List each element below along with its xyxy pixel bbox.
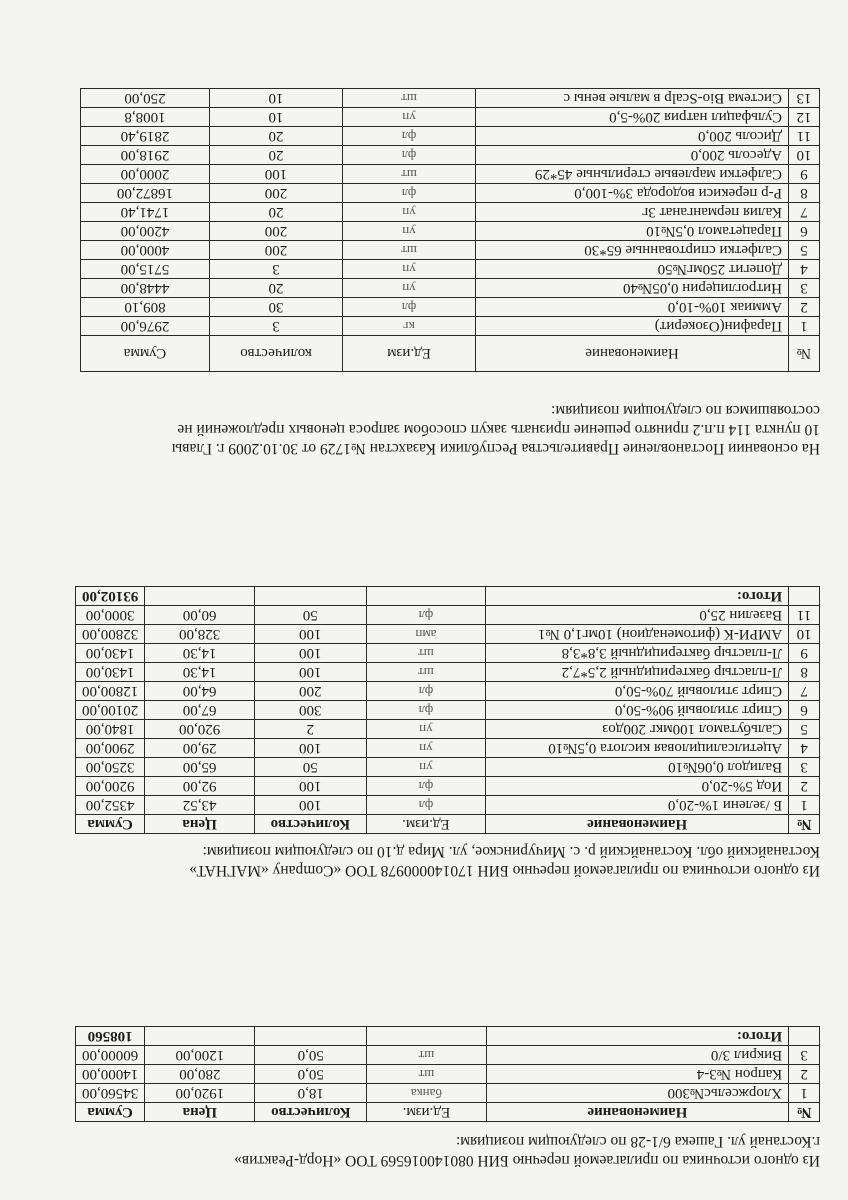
cell-sum: 2918,00 — [81, 146, 210, 165]
cell-unit: фл — [343, 298, 476, 317]
cell-number: 5 — [789, 720, 820, 739]
cell-sum: 9200,00 — [76, 777, 145, 796]
cell-name: Система Bio-Scalp в малые вены с — [476, 89, 789, 108]
cell-name: Спирт этиловый 90%-50,0 — [486, 701, 789, 720]
cell-unit: шт — [366, 663, 485, 682]
cell-number: 4 — [789, 739, 820, 758]
cell-number: 9 — [789, 165, 820, 184]
cell-unit: шт — [367, 1065, 486, 1084]
cell-number: 8 — [789, 663, 820, 682]
table-header-row: № Наименование Ед.изм. Количество Цена С… — [76, 815, 820, 834]
cell-sum: 250,00 — [81, 89, 210, 108]
cell-sum: 32800,00 — [76, 625, 145, 644]
col-number: № — [789, 336, 820, 372]
cell-name: Салфетки спиртованные 65*30 — [476, 241, 789, 260]
cell-name: Сальбутамол 100мкг 200доз — [486, 720, 789, 739]
cell-qty: 100 — [254, 739, 366, 758]
section3-intro-line3: состоявшимся по следующим позициям: — [30, 401, 820, 420]
col-number: № — [789, 1103, 820, 1122]
section1-intro: Из одного источника по прилагаемой переч… — [40, 1132, 820, 1170]
section2-table: № Наименование Ед.изм. Количество Цена С… — [75, 586, 820, 834]
cell-unit: фл — [366, 796, 485, 815]
col-price: Цена — [145, 815, 255, 834]
table-row: 2Капрон №3-4шт50,0280,0014000,00 — [76, 1065, 820, 1084]
cell-unit: уп — [366, 758, 485, 777]
cell-unit: фл — [343, 184, 476, 203]
col-name: Наименование — [486, 1103, 789, 1122]
cell-qty: 20 — [210, 203, 343, 222]
cell-number: 1 — [789, 317, 820, 336]
table-row: 13Система Bio-Scalp в малые вены сшт1025… — [81, 89, 820, 108]
cell-name: Салфетки марлевые стерильные 45*29 — [476, 165, 789, 184]
col-name: Наименование — [476, 336, 789, 372]
cell-name: Калия перманганат 3г — [476, 203, 789, 222]
cell-qty: 20 — [210, 127, 343, 146]
scanned-document-page: Из одного источника по прилагаемой переч… — [0, 0, 848, 1200]
cell-name: Иод 5%-20,0 — [486, 777, 789, 796]
cell-unit: уп — [366, 739, 485, 758]
total-value: 93102,00 — [76, 587, 145, 606]
cell-sum: 5715,00 — [81, 260, 210, 279]
cell-sum: 12800,00 — [76, 682, 145, 701]
cell-number: 13 — [789, 89, 820, 108]
cell-number: 1 — [789, 796, 820, 815]
cell-number: 11 — [789, 127, 820, 146]
cell-sum: 1741,40 — [81, 203, 210, 222]
cell-number: 1 — [789, 1084, 820, 1103]
table-row: 7Спирт этиловый 70%-50,0фл20064,0012800,… — [76, 682, 820, 701]
cell-number: 7 — [789, 203, 820, 222]
table-row: 8Л-пластыр бактерицидный 2,5*7,2шт10014,… — [76, 663, 820, 682]
col-sum: Сумма — [76, 815, 145, 834]
cell-sum: 14000,00 — [76, 1065, 145, 1084]
cell-qty: 100 — [254, 663, 366, 682]
cell-qty: 100 — [254, 796, 366, 815]
cell-price: 65,00 — [145, 758, 255, 777]
table-row: 1Хлоржсельс№300банка18,01920,0034560,00 — [76, 1084, 820, 1103]
cell-unit: шт — [367, 1046, 486, 1065]
cell-unit: уп — [343, 279, 476, 298]
cell-qty: 200 — [210, 222, 343, 241]
table-row: 3Нитроглицерин 0,05№40уп204448,00 — [81, 279, 820, 298]
table-row: 2Иод 5%-20,0фл10092,009200,00 — [76, 777, 820, 796]
cell-number: 12 — [789, 108, 820, 127]
cell-name: Допегит 250мг№50 — [476, 260, 789, 279]
cell-number: 3 — [789, 1046, 820, 1065]
cell-sum: 60000,00 — [76, 1046, 145, 1065]
col-qty: Количество — [255, 1103, 367, 1122]
section3-intro: На основании Постановление Правительства… — [30, 401, 820, 458]
section2-intro-line2: Костанайский обл. Костанайский р. с. Мич… — [30, 842, 820, 861]
cell-number: 11 — [789, 606, 820, 625]
cell-unit: фл — [366, 606, 485, 625]
cell-qty: 2 — [254, 720, 366, 739]
cell-price: 14,30 — [145, 644, 255, 663]
table-row: 5Сальбутамол 100мкг 200дозуп2920,001840,… — [76, 720, 820, 739]
cell-unit: уп — [366, 720, 485, 739]
cell-qty: 50,0 — [255, 1065, 367, 1084]
cell-number: 6 — [789, 701, 820, 720]
col-unit: Ед.изм. — [367, 1103, 486, 1122]
table-row: 9Л-пластыр бактерицидный 3,8*3,8шт10014,… — [76, 644, 820, 663]
col-number: № — [789, 815, 820, 834]
cell-qty: 100 — [210, 165, 343, 184]
section3-intro-line1: На основании Постановление Правительства… — [30, 439, 820, 458]
cell-unit: шт — [343, 241, 476, 260]
cell-unit: уп — [343, 108, 476, 127]
col-name: Наименование — [486, 815, 789, 834]
table-row: 10Адесоль 200,0фл202918,00 — [81, 146, 820, 165]
cell-number: 2 — [789, 777, 820, 796]
cell-unit: амп — [366, 625, 485, 644]
cell-price: 67,00 — [145, 701, 255, 720]
cell-qty: 50,0 — [255, 1046, 367, 1065]
cell-price: 60,00 — [145, 606, 255, 625]
cell-qty: 100 — [254, 625, 366, 644]
cell-unit: шт — [366, 644, 485, 663]
col-unit: Ед.изм. — [366, 815, 485, 834]
cell-qty: 50 — [254, 758, 366, 777]
cell-unit: уп — [343, 203, 476, 222]
section3-table: № Наименование Ед.изм количество Сумма 1… — [80, 88, 820, 372]
cell-sum: 4448,00 — [81, 279, 210, 298]
table-row: 5Салфетки спиртованные 65*30шт2004000,00 — [81, 241, 820, 260]
cell-name: Р-р перекиси водорода 3%-100,0 — [476, 184, 789, 203]
section2-intro-line1: Из одного источника по прилагаемой переч… — [30, 861, 820, 880]
cell-name: Л-пластыр бактерицидный 3,8*3,8 — [486, 644, 789, 663]
cell-unit: банка — [367, 1084, 486, 1103]
table-row: 7Калия перманганат 3гуп201741,40 — [81, 203, 820, 222]
cell-sum: 809,10 — [81, 298, 210, 317]
total-label: Итого: — [486, 1027, 789, 1046]
cell-price: 280,00 — [145, 1065, 255, 1084]
cell-name: Дисоль 200,0 — [476, 127, 789, 146]
cell-qty: 200 — [210, 241, 343, 260]
cell-sum: 1430,00 — [76, 644, 145, 663]
cell-number: 4 — [789, 260, 820, 279]
cell-sum: 1840,00 — [76, 720, 145, 739]
table-row: 4Ацетилсалициловая кислота 0,5№10уп10029… — [76, 739, 820, 758]
cell-price: 920,00 — [145, 720, 255, 739]
table-row: 4Допегит 250мг№50уп35715,00 — [81, 260, 820, 279]
total-row: Итого: 93102,00 — [76, 587, 820, 606]
cell-number: 9 — [789, 644, 820, 663]
cell-sum: 4000,00 — [81, 241, 210, 260]
cell-name: Парацетамол 0,5№10 — [476, 222, 789, 241]
cell-price: 1920,00 — [145, 1084, 255, 1103]
cell-sum: 2900,00 — [76, 739, 145, 758]
cell-number: 6 — [789, 222, 820, 241]
cell-qty: 100 — [254, 777, 366, 796]
cell-sum: 34560,00 — [76, 1084, 145, 1103]
section1-intro-line1: Из одного источника по прилагаемой переч… — [40, 1151, 820, 1170]
table-header-row: № Наименование Ед.изм. Количество Цена С… — [76, 1103, 820, 1122]
cell-unit: фл — [366, 777, 485, 796]
cell-sum: 1008,8 — [81, 108, 210, 127]
cell-name: Аммиак 10%-10,0 — [476, 298, 789, 317]
cell-price: 328,00 — [145, 625, 255, 644]
table-row: 9Салфетки марлевые стерильные 45*29шт100… — [81, 165, 820, 184]
col-price: Цена — [145, 1103, 255, 1122]
table-row: 3Валидол 0,06№10уп5065,003250,00 — [76, 758, 820, 777]
cell-sum: 1430,00 — [76, 663, 145, 682]
cell-unit: уп — [343, 222, 476, 241]
table-row: 1Парафин(Озокерит)кг32976,00 — [81, 317, 820, 336]
cell-number: 10 — [789, 625, 820, 644]
section2-intro: Из одного источника по прилагаемой переч… — [30, 842, 820, 880]
cell-sum: 4200,00 — [81, 222, 210, 241]
cell-price: 43,52 — [145, 796, 255, 815]
cell-unit: шт — [343, 165, 476, 184]
col-qty: Количество — [254, 815, 366, 834]
table-row: 11Вазелин 25,0фл5060,003000,00 — [76, 606, 820, 625]
total-value: 108560 — [76, 1027, 145, 1046]
cell-name: Капрон №3-4 — [486, 1065, 789, 1084]
cell-number: 8 — [789, 184, 820, 203]
table-header-row: № Наименование Ед.изм количество Сумма — [81, 336, 820, 372]
cell-name: Викрил 3/0 — [486, 1046, 789, 1065]
cell-qty: 200 — [210, 184, 343, 203]
cell-sum: 20100,00 — [76, 701, 145, 720]
table-row: 8Р-р перекиси водорода 3%-100,0фл2001687… — [81, 184, 820, 203]
col-qty: количество — [210, 336, 343, 372]
col-sum: Сумма — [81, 336, 210, 372]
cell-price: 64,00 — [145, 682, 255, 701]
cell-qty: 20 — [210, 279, 343, 298]
cell-name: Парафин(Озокерит) — [476, 317, 789, 336]
cell-number: 3 — [789, 279, 820, 298]
cell-qty: 10 — [210, 89, 343, 108]
cell-name: Вазелин 25,0 — [486, 606, 789, 625]
cell-qty: 3 — [210, 317, 343, 336]
total-row: Итого: 108560 — [76, 1027, 820, 1046]
section1-intro-line2: г.Костанай ул. Гашека 6/1-28 по следующи… — [40, 1132, 820, 1151]
cell-number: 2 — [789, 1065, 820, 1084]
cell-number: 10 — [789, 146, 820, 165]
cell-qty: 100 — [254, 644, 366, 663]
cell-unit: фл — [343, 127, 476, 146]
cell-sum: 2000,00 — [81, 165, 210, 184]
cell-sum: 4352,00 — [76, 796, 145, 815]
cell-price: 14,30 — [145, 663, 255, 682]
table-row: 6Спирт этиловый 90%-50,0фл30067,0020100,… — [76, 701, 820, 720]
cell-name: АМРИ-К (фитоменадион) 10мг1,0 №1 — [486, 625, 789, 644]
cell-name: Л-пластыр бактерицидный 2,5*7,2 — [486, 663, 789, 682]
cell-name: Спирт этиловый 70%-50,0 — [486, 682, 789, 701]
cell-sum: 3250,00 — [76, 758, 145, 777]
cell-number: 3 — [789, 758, 820, 777]
section3-intro-line2: 10 пункта 114 п.п.2 принято решение приз… — [30, 420, 820, 439]
cell-unit: фл — [366, 682, 485, 701]
cell-name: Сульфацил натрия 20%-5,0 — [476, 108, 789, 127]
table-row: 2Аммиак 10%-10,0фл30809,10 — [81, 298, 820, 317]
cell-name: Адесоль 200,0 — [476, 146, 789, 165]
cell-name: Хлоржсельс№300 — [486, 1084, 789, 1103]
table-row: 12Сульфацил натрия 20%-5,0уп101008,8 — [81, 108, 820, 127]
cell-name: Б /зелени 1%-20,0 — [486, 796, 789, 815]
cell-price: 1200,00 — [145, 1046, 255, 1065]
cell-qty: 18,0 — [255, 1084, 367, 1103]
section1-table: № Наименование Ед.изм. Количество Цена С… — [75, 1026, 820, 1122]
cell-unit: кг — [343, 317, 476, 336]
table-row: 3Викрил 3/0шт50,01200,0060000,00 — [76, 1046, 820, 1065]
table-row: 1Б /зелени 1%-20,0фл10043,524352,00 — [76, 796, 820, 815]
cell-sum: 2819,40 — [81, 127, 210, 146]
cell-unit: уп — [343, 260, 476, 279]
col-sum: Сумма — [76, 1103, 145, 1122]
cell-sum: 2976,00 — [81, 317, 210, 336]
table-row: 10АМРИ-К (фитоменадион) 10мг1,0 №1амп100… — [76, 625, 820, 644]
cell-number: 7 — [789, 682, 820, 701]
cell-qty: 200 — [254, 682, 366, 701]
cell-sum: 16872,00 — [81, 184, 210, 203]
cell-price: 92,00 — [145, 777, 255, 796]
cell-unit: фл — [366, 701, 485, 720]
cell-name: Ацетилсалициловая кислота 0,5№10 — [486, 739, 789, 758]
cell-number: 5 — [789, 241, 820, 260]
cell-qty: 50 — [254, 606, 366, 625]
cell-sum: 3000,00 — [76, 606, 145, 625]
total-label: Итого: — [486, 587, 789, 606]
cell-name: Валидол 0,06№10 — [486, 758, 789, 777]
cell-qty: 3 — [210, 260, 343, 279]
cell-qty: 30 — [210, 298, 343, 317]
table-row: 11Дисоль 200,0фл202819,40 — [81, 127, 820, 146]
cell-number: 2 — [789, 298, 820, 317]
cell-name: Нитроглицерин 0,05№40 — [476, 279, 789, 298]
cell-qty: 10 — [210, 108, 343, 127]
cell-price: 29,00 — [145, 739, 255, 758]
cell-unit: фл — [343, 146, 476, 165]
col-unit: Ед.изм — [343, 336, 476, 372]
table-row: 6Парацетамол 0,5№10уп2004200,00 — [81, 222, 820, 241]
cell-qty: 20 — [210, 146, 343, 165]
cell-qty: 300 — [254, 701, 366, 720]
cell-unit: шт — [343, 89, 476, 108]
